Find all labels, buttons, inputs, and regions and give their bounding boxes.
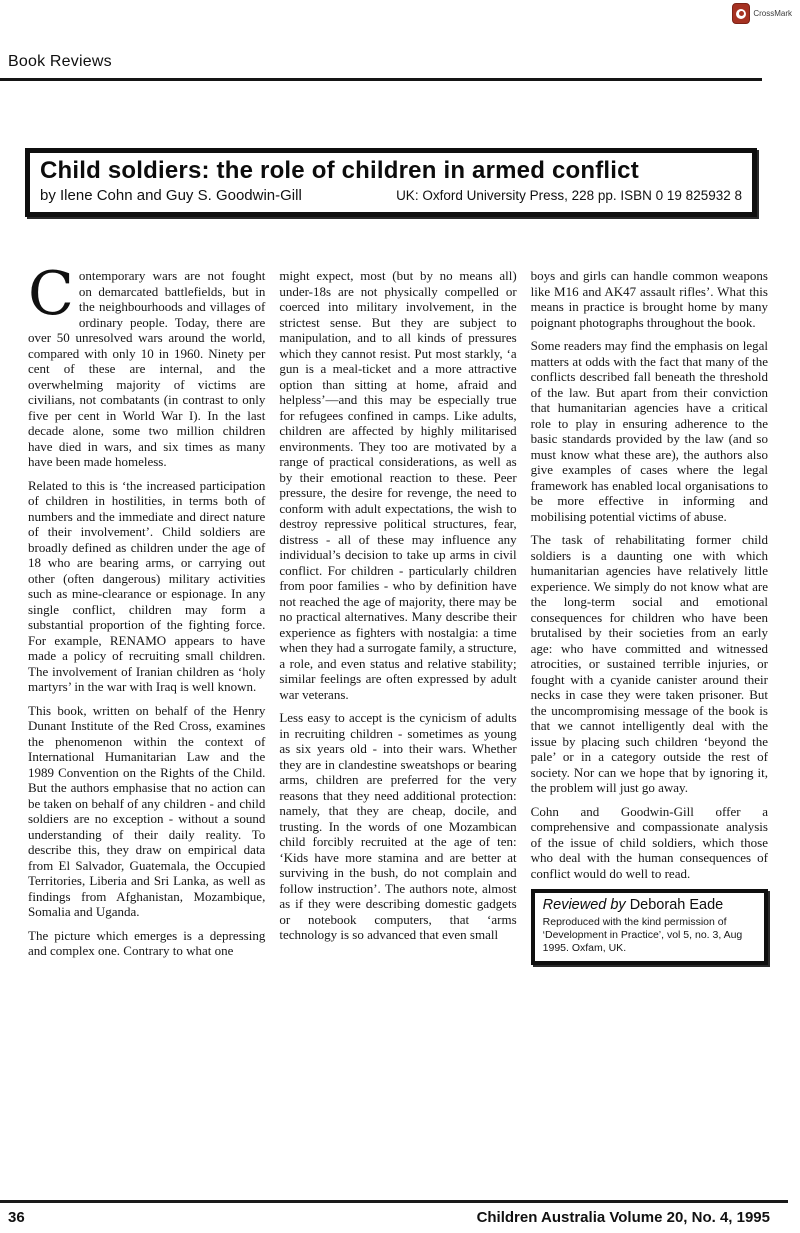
crossmark-badge[interactable]: CrossMark — [732, 3, 792, 24]
book-title: Child soldiers: the role of children in … — [40, 157, 742, 185]
title-meta: by Ilene Cohn and Guy S. Goodwin-Gill UK… — [40, 187, 742, 204]
crossmark-label: CrossMark — [753, 9, 792, 18]
paragraph: This book, written on behalf of the Henr… — [28, 703, 265, 920]
paragraph: The task of rehabilitating former child … — [531, 532, 768, 796]
paragraph: Contemporary wars are not fought on dema… — [28, 268, 265, 470]
page-number: 36 — [8, 1209, 25, 1226]
paragraph: Cohn and Goodwin-Gill offer a comprehens… — [531, 804, 768, 882]
crossmark-icon — [732, 3, 750, 24]
journal-citation: Children Australia Volume 20, No. 4, 199… — [477, 1209, 770, 1226]
crossmark-ring — [736, 9, 746, 19]
reviewer-box: Reviewed by Deborah Eade Reproduced with… — [531, 889, 768, 965]
article-columns: Contemporary wars are not fought on dema… — [28, 268, 768, 967]
paragraph: Related to this is ‘the increased partic… — [28, 478, 265, 695]
drop-cap: C — [28, 268, 79, 317]
reviewer-attribution: Reproduced with the kind permission of ‘… — [543, 916, 756, 955]
paragraph: The picture which emerges is a depressin… — [28, 928, 265, 959]
column-1: Contemporary wars are not fought on dema… — [28, 268, 265, 967]
crossmark-dot — [739, 11, 744, 16]
book-byline: by Ilene Cohn and Guy S. Goodwin-Gill — [40, 187, 302, 204]
paragraph: boys and girls can handle common weapons… — [531, 268, 768, 330]
reviewed-by-label: Reviewed by — [543, 897, 626, 913]
title-box: Child soldiers: the role of children in … — [25, 148, 757, 217]
header-rule — [0, 78, 762, 81]
journal-page: CrossMark Book Reviews Child soldiers: t… — [0, 0, 800, 1233]
paragraph: Some readers may find the emphasis on le… — [531, 338, 768, 524]
column-3: boys and girls can handle common weapons… — [531, 268, 768, 967]
book-publisher: UK: Oxford University Press, 228 pp. ISB… — [396, 188, 742, 203]
reviewed-by-line: Reviewed by Deborah Eade — [543, 898, 756, 914]
paragraph: Less easy to accept is the cynicism of a… — [279, 710, 516, 943]
footer-rule — [0, 1200, 788, 1203]
reviewer-name: Deborah Eade — [626, 897, 724, 913]
column-2: might expect, most (but by no means all)… — [279, 268, 516, 967]
section-title: Book Reviews — [8, 53, 112, 71]
paragraph: might expect, most (but by no means all)… — [279, 268, 516, 702]
